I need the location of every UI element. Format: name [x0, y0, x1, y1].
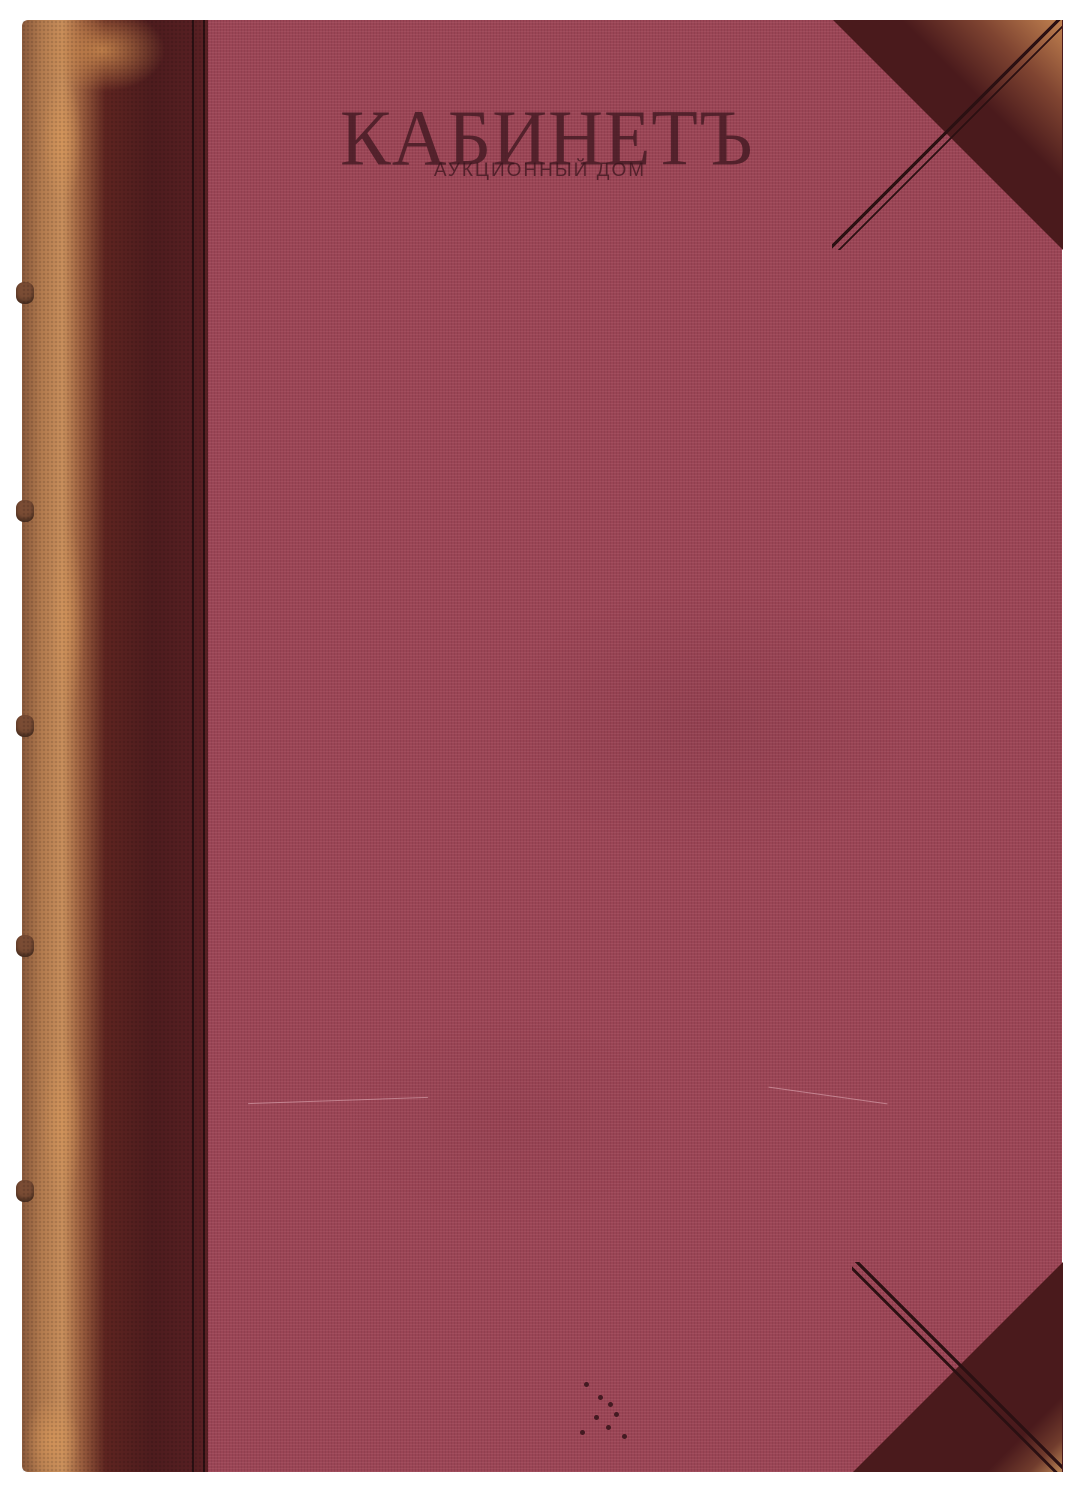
spine-band	[16, 1180, 34, 1202]
spine-band	[16, 715, 34, 737]
corner-rule	[832, 20, 1062, 250]
leather-spine	[22, 20, 208, 1472]
spine-band	[16, 500, 34, 522]
stain	[622, 1434, 627, 1439]
watermark-title: КАБИНЕТЪ	[340, 98, 740, 178]
book-cover	[22, 20, 1062, 1472]
corner-rule	[852, 1262, 1062, 1472]
stain	[580, 1430, 585, 1435]
stain	[606, 1425, 611, 1430]
stain	[594, 1415, 599, 1420]
stain	[598, 1395, 603, 1400]
scuff-mark	[248, 1097, 428, 1104]
spine-band	[16, 935, 34, 957]
scuff-mark	[769, 1087, 888, 1105]
spine-rule	[203, 20, 205, 1472]
watermark: КАБИНЕТЪ АУКЦИОННЫЙ ДОМ	[340, 100, 740, 182]
spine-rule	[192, 20, 194, 1472]
spine-band	[16, 282, 34, 304]
stain	[608, 1402, 613, 1407]
stain	[584, 1382, 589, 1387]
stain	[614, 1412, 619, 1417]
